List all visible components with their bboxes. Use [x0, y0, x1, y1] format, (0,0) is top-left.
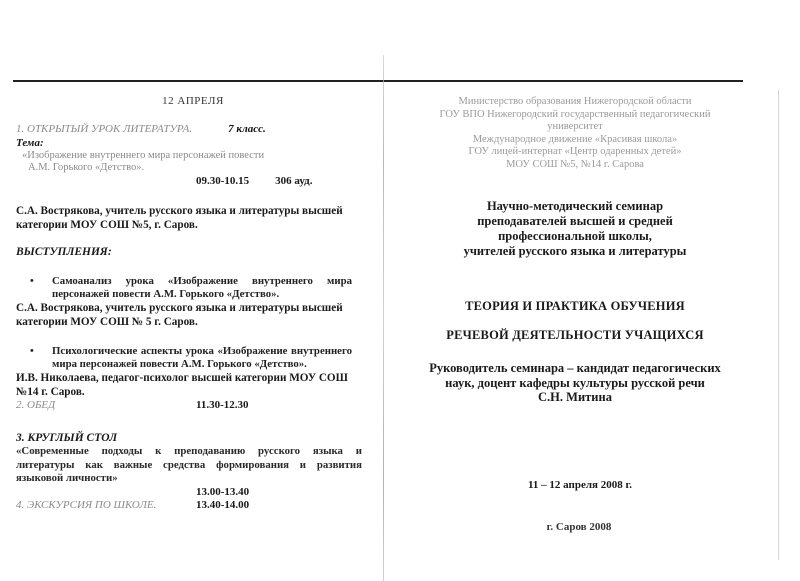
- cover-panel: Министерство образования Нижегородской о…: [400, 96, 750, 533]
- seminar-line: преподавателей высшей и средней: [400, 214, 750, 229]
- program-panel: 12 АПРЕЛЯ 1. ОТКРЫТЫЙ УРОК ЛИТЕРАТУРА. 7…: [16, 95, 360, 512]
- leader-line: наук, доцент кафедры культуры русской ре…: [400, 376, 750, 391]
- lunch-label: 2. ОБЕД: [16, 399, 196, 412]
- time-slot: 13.00-13.40: [16, 486, 360, 499]
- tema-line: А.М. Горького «Детство».: [16, 162, 360, 174]
- day-heading: 12 АПРЕЛЯ: [16, 95, 360, 108]
- bullet-icon: •: [16, 275, 52, 301]
- bullet-icon: •: [16, 345, 52, 371]
- theme-line: ТЕОРИЯ И ПРАКТИКА ОБУЧЕНИЯ: [400, 299, 750, 314]
- seminar-title: Научно-методический семинар преподавател…: [400, 199, 750, 259]
- roundtable-title: 3. КРУГЛЫЙ СТОЛ: [16, 432, 360, 445]
- speeches-heading: ВЫСТУПЛЕНИЯ:: [16, 246, 360, 259]
- org-line: Международное движение «Красивая школа»: [400, 134, 750, 147]
- time-slot: 11.30-12.30: [196, 399, 249, 412]
- speech-item: • Самоанализ урока «Изображение внутренн…: [16, 275, 360, 301]
- event-dates: 11 – 12 апреля 2008 г.: [400, 479, 750, 491]
- speech-text: Психологические аспекты урока «Изображен…: [52, 345, 352, 371]
- organizations: Министерство образования Нижегородской о…: [400, 96, 750, 171]
- speaker-credit: С.А. Вострякова, учитель русского языка …: [16, 204, 360, 232]
- room-label: 306 ауд.: [275, 175, 312, 188]
- item-time-row: 09.30-10.15 306 ауд.: [16, 175, 360, 188]
- time-slot: 09.30-10.15: [196, 175, 249, 188]
- item-open-lesson: 1. ОТКРЫТЫЙ УРОК ЛИТЕРАТУРА. 7 класс.: [16, 123, 360, 136]
- city-year: г. Саров 2008: [400, 521, 750, 533]
- page-edge: [778, 90, 779, 560]
- leader-line: С.Н. Митина: [400, 390, 750, 405]
- speaker-credit: С.А. Вострякова, учитель русского языка …: [16, 301, 360, 329]
- org-line: ГОУ лицей-интернат «Центр одаренных дете…: [400, 146, 750, 159]
- seminar-line: профессиональной школы,: [400, 229, 750, 244]
- org-line: ГОУ ВПО Нижегородский государственный пе…: [400, 109, 750, 122]
- tema-line: «Изображение внутреннего мира персонажей…: [16, 150, 360, 162]
- excursion-row: 4. ЭКСКУРСИЯ ПО ШКОЛЕ. 13.40-14.00: [16, 499, 360, 512]
- fold-line: [383, 55, 384, 581]
- tema-label: Тема:: [16, 137, 360, 150]
- speech-item: • Психологические аспекты урока «Изображ…: [16, 345, 360, 371]
- org-line: Министерство образования Нижегородской о…: [400, 96, 750, 109]
- seminar-leader: Руководитель семинара – кандидат педагог…: [400, 361, 750, 405]
- org-line: МОУ СОШ №5, №14 г. Сарова: [400, 159, 750, 172]
- excursion-label: 4. ЭКСКУРСИЯ ПО ШКОЛЕ.: [16, 499, 196, 512]
- leader-line: Руководитель семинара – кандидат педагог…: [400, 361, 750, 376]
- grade-label: 7 класс.: [228, 123, 266, 136]
- top-rule: [13, 80, 743, 82]
- theme-line: РЕЧЕВОЙ ДЕЯТЕЛЬНОСТИ УЧАЩИХСЯ: [400, 328, 750, 343]
- time-slot: 13.40-14.00: [196, 499, 249, 512]
- item-title: 1. ОТКРЫТЫЙ УРОК ЛИТЕРАТУРА.: [16, 123, 192, 136]
- roundtable-text: «Современные подходы к преподаванию русс…: [16, 445, 362, 486]
- speaker-credit: И.В. Николаева, педагог-психолог высшей …: [16, 371, 360, 399]
- seminar-line: Научно-методический семинар: [400, 199, 750, 214]
- speech-text: Самоанализ урока «Изображение внутреннег…: [52, 275, 352, 301]
- org-line: университет: [400, 121, 750, 134]
- seminar-line: учителей русского языка и литературы: [400, 244, 750, 259]
- lunch-row: 2. ОБЕД 11.30-12.30: [16, 399, 360, 412]
